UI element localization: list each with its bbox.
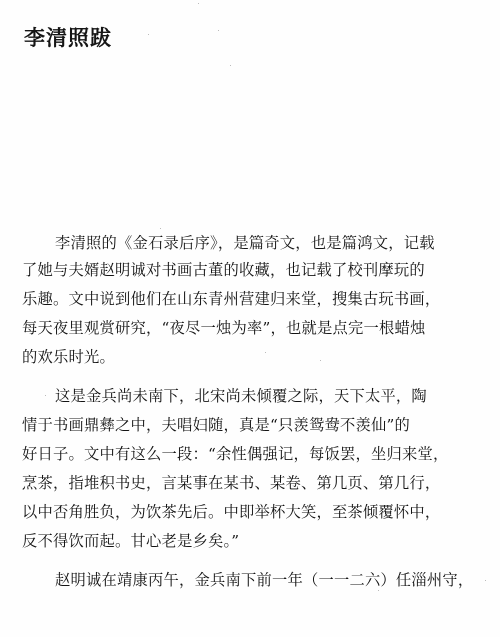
scan-speck xyxy=(160,228,161,229)
paragraph-3-line-1: 赵明诚在靖康丙午，金兵南下前一年（一一二六）任淄州守， xyxy=(55,570,483,590)
scan-speck xyxy=(320,360,321,361)
scan-speck xyxy=(218,30,219,31)
scan-speck xyxy=(485,580,486,581)
scan-speck xyxy=(45,395,46,396)
paragraph-2-line-4: 烹茶，指堆积书史，言某事在某书、某卷、第几页、第几行， xyxy=(22,473,482,493)
paragraph-2-line-6: 反不得饮而起。甘心老是乡矣。” xyxy=(22,531,482,551)
paragraph-2-line-1: 这是金兵尚未南下，北宋尚未倾覆之际，天下太平，陶 xyxy=(55,386,483,406)
paragraph-1-line-1: 李清照的《金石录后序》，是篇奇文，也是篇鸿文，记载 xyxy=(55,233,483,253)
scan-speck xyxy=(378,590,379,591)
scanned-page: 李清照跋 李清照的《金石录后序》，是篇奇文，也是篇鸿文，记载 了她与夫婿赵明诚对… xyxy=(0,0,500,637)
paragraph-1-line-3: 乐趣。文中说到他们在山东青州营建归来堂，搜集古玩书画， xyxy=(22,289,482,309)
paragraph-1-line-4: 每天夜里观赏研究，“夜尽一烛为率”，也就是点完一根蜡烛 xyxy=(22,318,482,338)
paragraph-1-line-5: 的欢乐时光。 xyxy=(22,347,482,367)
scan-speck xyxy=(148,34,149,35)
scan-speck xyxy=(198,3,199,4)
page-title: 李清照跋 xyxy=(24,22,112,52)
scan-speck xyxy=(230,65,231,66)
paragraph-1-line-2: 了她与夫婿赵明诚对书画古董的收藏，也记载了校刊摩玩的 xyxy=(22,260,482,280)
scan-speck xyxy=(265,352,266,353)
paragraph-2-line-5: 以中否角胜负，为饮茶先后。中即举杯大笑，至茶倾覆怀中， xyxy=(22,502,482,522)
paragraph-2-line-2: 情于书画鼎彝之中，夫唱妇随，真是“只羡鸳鸯不羡仙”的 xyxy=(22,415,482,435)
paragraph-2-line-3: 好日子。文中有这么一段：“余性偶强记，每饭罢，坐归来堂， xyxy=(22,444,482,464)
